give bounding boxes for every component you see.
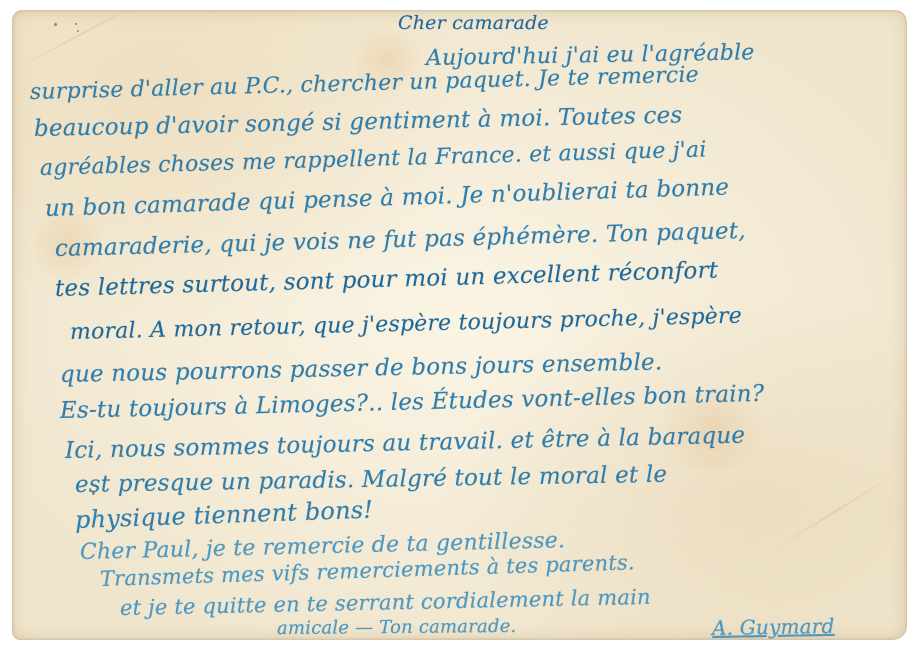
paper-crease: [12, 10, 154, 72]
paper-crease: [771, 471, 899, 552]
postcard: Cher camarade Aujourd'hui j'ai eu l'agré…: [12, 10, 907, 640]
letter-line-16: et je te quitte en te serrant cordialeme…: [120, 585, 651, 620]
paper-spot: [54, 23, 57, 26]
letter-line-9: que nous pourrons passer de bons jours e…: [60, 349, 663, 388]
letter-line-11: Ici, nous sommes toujours au travail. et…: [65, 423, 746, 464]
letter-line-7: tes lettres surtout, sont pour moi un ex…: [55, 257, 719, 302]
letter-line-12: est presque un paradis. Malgré tout le m…: [75, 462, 668, 498]
letter-line-5: un bon camarade qui pense à moi. Je n'ou…: [45, 175, 730, 222]
signature: A. Guymard: [712, 614, 835, 640]
letter-line-17: amicale — Ton camarade.: [277, 616, 517, 639]
letter-line-6: camaraderie, qui je vois ne fut pas éphé…: [55, 218, 746, 262]
paper-spot: [75, 23, 77, 25]
letter-line-4: agréables choses me rappellent la France…: [40, 137, 707, 181]
paper-spot: [77, 30, 79, 32]
scan-background: Cher camarade Aujourd'hui j'ai eu l'agré…: [0, 0, 915, 650]
letter-line-13: physique tiennent bons!: [75, 496, 374, 534]
letter-line-3: beaucoup d'avoir songé si gentiment à mo…: [34, 102, 683, 142]
letter-line-8: moral. A mon retour, que j'espère toujou…: [70, 304, 743, 345]
salutation: Cher camarade: [398, 12, 549, 34]
